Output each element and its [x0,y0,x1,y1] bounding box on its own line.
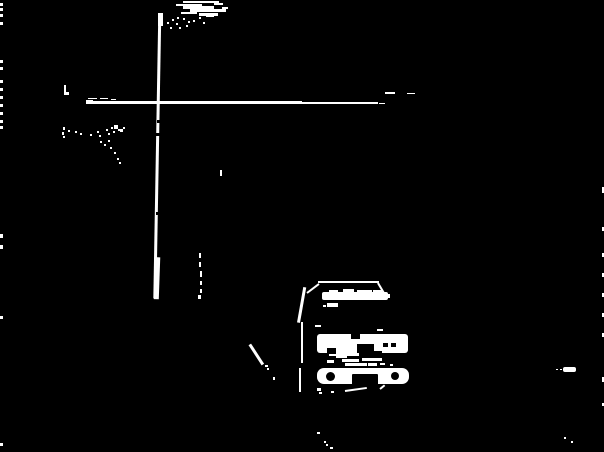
speck [0,443,3,446]
ground-specks [0,0,604,452]
speck [326,444,328,446]
speck [324,441,326,443]
speck [571,441,573,443]
photo-canvas [0,0,604,452]
speck [330,447,333,449]
speck [317,432,320,434]
speck [564,437,566,439]
